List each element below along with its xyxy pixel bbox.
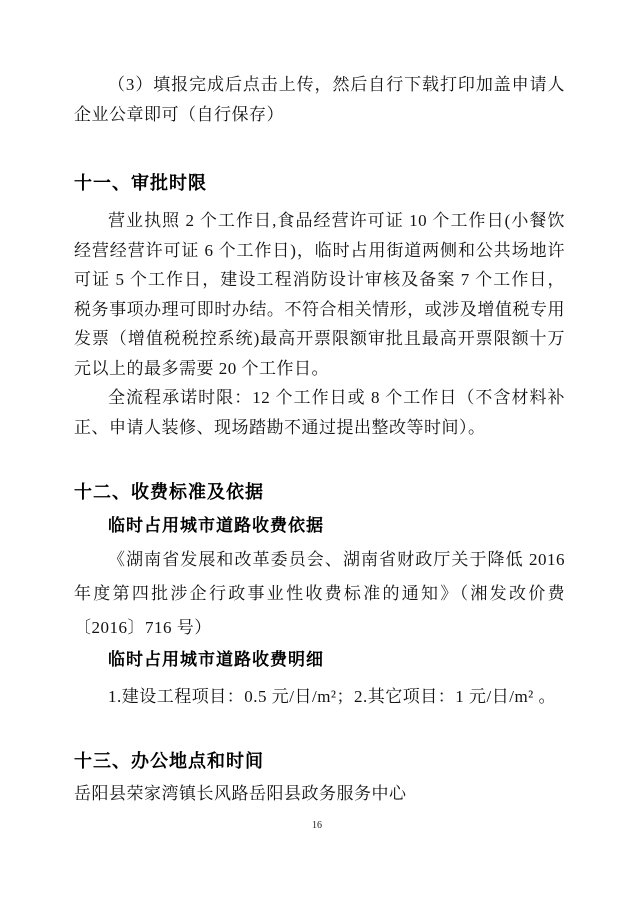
intro-step3-paragraph: （3）填报完成后点击上传，然后自行下载打印加盖申请人企业公章即可（自行保存） <box>74 70 565 130</box>
section-11-paragraph-1: 营业执照 2 个工作日,食品经营许可证 10 个工作日(小餐饮经营经营许可证 6… <box>74 206 565 383</box>
section-13-heading: 十三、办公地点和时间 <box>74 750 565 772</box>
section-13-address: 岳阳县荣家湾镇长风路岳阳县政务服务中心 <box>74 779 565 809</box>
section-11-heading: 十一、审批时限 <box>74 172 565 194</box>
page-number: 16 <box>0 820 634 831</box>
document-page: （3）填报完成后点击上传，然后自行下载打印加盖申请人企业公章即可（自行保存） 十… <box>0 0 634 898</box>
section-12-subheading-basis: 临时占用城市道路收费依据 <box>74 511 565 541</box>
section-12-heading: 十二、收费标准及依据 <box>74 481 565 503</box>
document-content: （3）填报完成后点击上传，然后自行下载打印加盖申请人企业公章即可（自行保存） 十… <box>74 70 565 809</box>
section-12-basis-paragraph: 《湖南省发展和改革委员会、湖南省财政厅关于降低 2016 年度第四批涉企行政事业… <box>74 543 565 645</box>
section-11-paragraph-2: 全流程承诺时限：12 个工作日或 8 个工作日（不含材料补正、申请人装修、现场踏… <box>74 383 565 443</box>
section-12-subheading-detail: 临时占用城市道路收费明细 <box>74 645 565 675</box>
section-12-detail-paragraph: 1.建设工程项目：0.5 元/日/m²；2.其它项目：1 元/日/m² 。 <box>74 682 565 712</box>
